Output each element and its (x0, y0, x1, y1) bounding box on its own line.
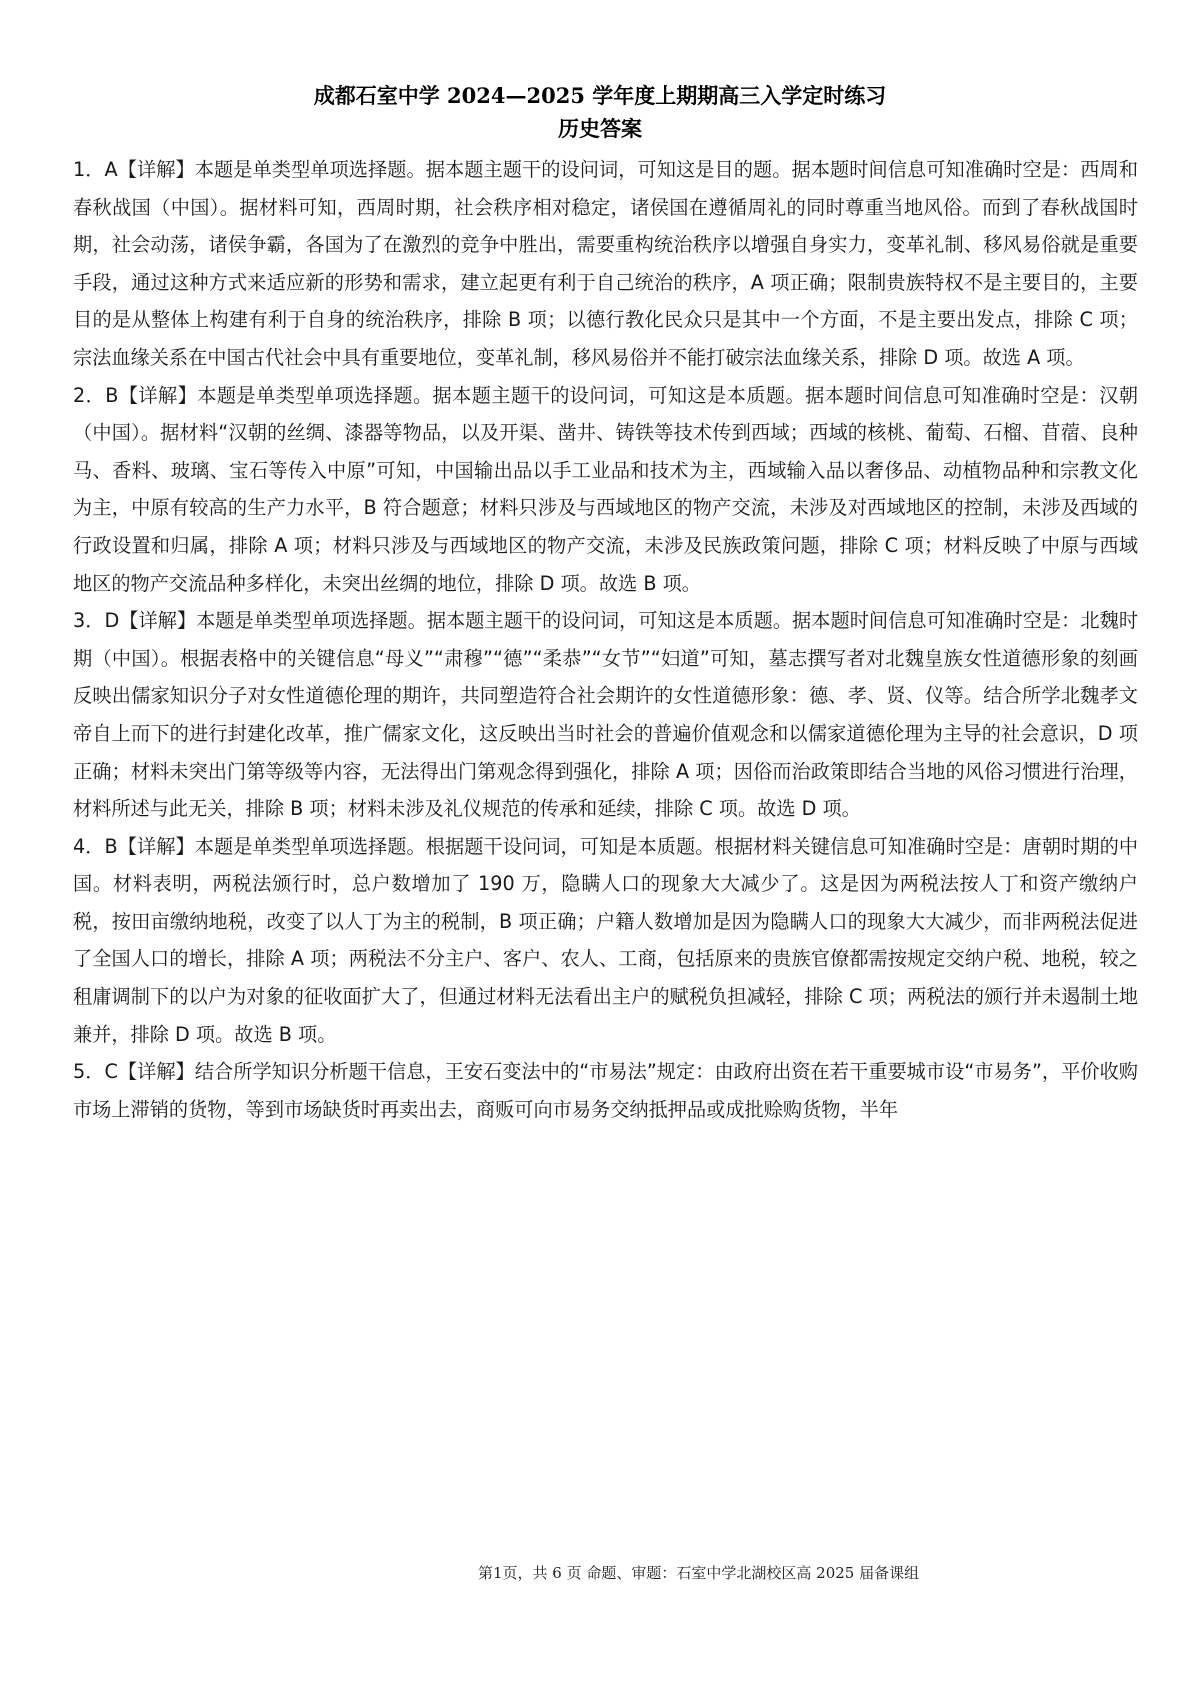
document-title: 成都石室中学 2024—2025 学年度上期期高三入学定时练习 (0, 80, 1200, 110)
answer-item-3: 3．D【详解】本题是单类型单项选择题。据本题主题干的设问词，可知这是本质题。据本… (73, 602, 1138, 828)
answer-list: 1．A【详解】本题是单类型单项选择题。据本题主题干的设问词，可知这是目的题。据本… (73, 151, 1138, 1128)
answer-item-4: 4．B【详解】本题是单类型单项选择题。根据题干设问词，可知是本质题。根据材料关键… (73, 828, 1138, 1054)
answer-number: 4．B (73, 835, 118, 858)
answer-tag: 【详解】 (118, 158, 195, 181)
page-footer: 第1页，共 6 页 命题、审题：石室中学北湖校区高 2025 届备课组 (478, 1562, 919, 1583)
document-subtitle: 历史答案 (0, 113, 1200, 143)
answer-text: 本题是单类型单项选择题。根据题干设问词，可知是本质题。根据材料关键信息可知准确时… (73, 835, 1138, 1046)
answer-item-5: 5．C【详解】结合所学知识分析题干信息，王安石变法中的“市易法”规定：由政府出资… (73, 1053, 1138, 1128)
answer-tag: 【详解】 (118, 835, 195, 858)
answer-number: 2．B (73, 384, 118, 407)
answer-number: 1．A (73, 158, 118, 181)
answer-number: 3．D (73, 609, 119, 632)
answer-text: 结合所学知识分析题干信息，王安石变法中的“市易法”规定：由政府出资在若干重要城市… (73, 1060, 1138, 1121)
answer-text: 本题是单类型单项选择题。据本题主题干的设问词，可知这是本质题。据本题时间信息可知… (73, 384, 1138, 595)
answer-item-2: 2．B【详解】本题是单类型单项选择题。据本题主题干的设问词，可知这是本质题。据本… (73, 377, 1138, 603)
answer-text: 本题是单类型单项选择题。据本题主题干的设问词，可知这是本质题。据本题时间信息可知… (73, 609, 1138, 820)
answer-tag: 【详解】 (118, 384, 197, 407)
answer-tag: 【详解】 (118, 1060, 195, 1083)
answer-text: 本题是单类型单项选择题。据本题主题干的设问词，可知这是目的题。据本题时间信息可知… (73, 158, 1138, 369)
answer-item-1: 1．A【详解】本题是单类型单项选择题。据本题主题干的设问词，可知这是目的题。据本… (73, 151, 1138, 377)
document-page: 成都石室中学 2024—2025 学年度上期期高三入学定时练习 历史答案 1．A… (0, 0, 1200, 1698)
answer-number: 5．C (73, 1060, 118, 1083)
answer-tag: 【详解】 (119, 609, 196, 632)
